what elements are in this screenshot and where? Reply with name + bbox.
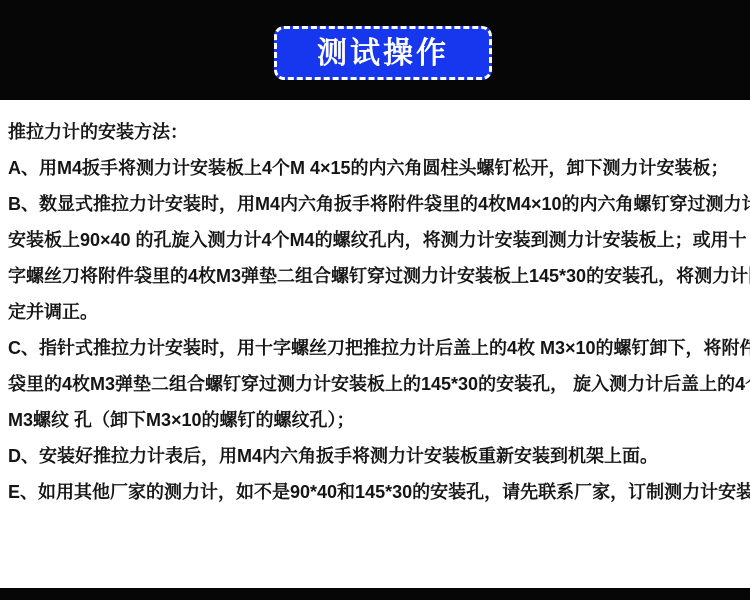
instruction-line: C、指针式推拉力计安装时，用十字螺丝刀把推拉力计后盖上的4枚 M3×10的螺钉卸… [8,330,750,366]
instruction-line: 袋里的4枚M3弹垫二组合螺钉穿过测力计安装板上的145*30的安装孔， 旋入测力… [8,366,750,402]
instruction-line: B、数显式推拉力计安装时，用M4内六角扳手将附件袋里的4枚M4×10的内六角螺钉… [8,186,750,222]
instruction-line: 定并调正。 [8,294,750,330]
instructions-heading: 推拉力计的安装方法： [8,114,750,150]
test-operation-button[interactable]: 测试操作 [274,26,492,80]
bottom-divider-bar [0,588,750,600]
instruction-line: 安装板上90×40 的孔旋入测力计4个M4的螺纹孔内，将测力计安装到测力计安装板… [8,222,750,258]
instruction-line: 字螺丝刀将附件袋里的4枚M3弹垫二组合螺钉穿过测力计安装板上145*30的安装孔… [8,258,750,294]
section-header-bar: 测试操作 [0,0,750,100]
instruction-line: D、安装好推拉力计表后，用M4内六角扳手将测力计安装板重新安装到机架上面。 [8,438,750,474]
instruction-line: E、如用其他厂家的测力计，如不是90*40和145*30的安装孔，请先联系厂家，… [8,474,750,510]
instruction-lines: A、用M4扳手将测力计安装板上4个M 4×15的内六角圆柱头螺钉松开，卸下测力计… [8,150,750,510]
instruction-line: M3螺纹 孔（卸下M3×10的螺钉的螺纹孔）； [8,402,750,438]
installation-instructions: 推拉力计的安装方法： A、用M4扳手将测力计安装板上4个M 4×15的内六角圆柱… [0,100,750,510]
section-title: 测试操作 [317,37,449,69]
instruction-line: A、用M4扳手将测力计安装板上4个M 4×15的内六角圆柱头螺钉松开，卸下测力计… [8,150,750,186]
